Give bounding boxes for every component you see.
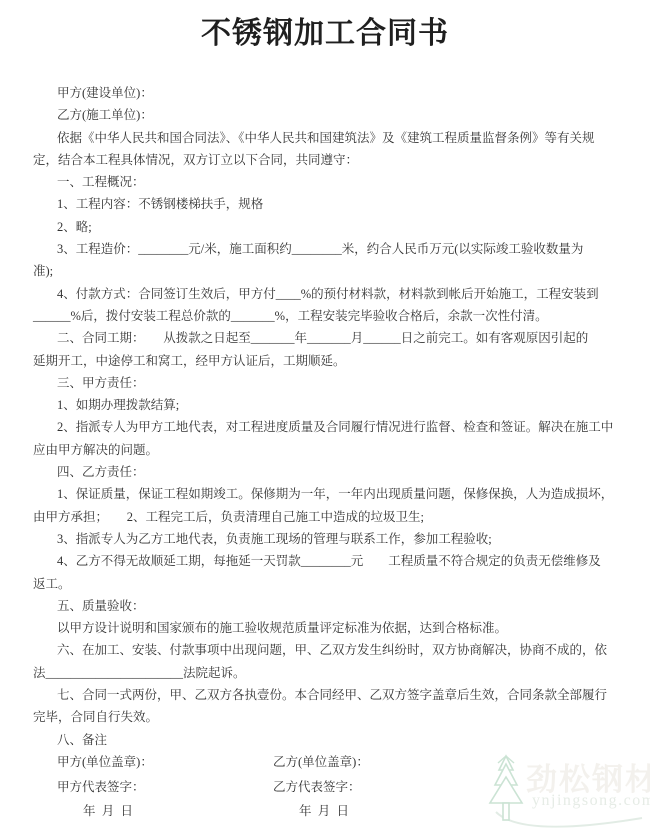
party-b-signature-row-1: 乙方(单位盖章)： <box>273 750 369 775</box>
contract-line-29: 完毕，合同自行失效。 <box>33 706 625 728</box>
contract-line-12: 二、合同工期： 从拨款之日起至_______年_______月______日之前… <box>33 327 625 349</box>
contract-line-1: 甲方(建设单位)： <box>33 82 625 104</box>
contract-line-13: 延期开工，中途停工和窝工，经甲方认证后，工期顺延。 <box>33 350 625 372</box>
contract-line-25: 以甲方设计说明和国家颁布的施工验收规范质量评定标准为依据，达到合格标准。 <box>33 617 625 639</box>
contract-page: 不锈钢加工合同书 甲方(建设单位)：乙方(施工单位)：依据《中华人民共和国合同法… <box>0 0 650 834</box>
party-a-signature-row-1: 甲方(单位盖章)： <box>57 750 153 775</box>
contract-line-22: 4、乙方不得无故顺延工期，每拖延一天罚款________元 工程质量不符合规定的… <box>33 550 625 572</box>
contract-line-16: 2、指派专人为甲方工地代表，对工程进度质量及合同履行情况进行监督、检查和签证。解… <box>33 416 625 438</box>
contract-line-5: 一、工程概况： <box>33 171 625 193</box>
contract-line-24: 五、质量验收： <box>33 595 625 617</box>
watermark: 劲松钢材 ynjingsong.com <box>482 754 650 834</box>
contract-line-10: 4、付款方式：合同签订生效后，甲方付____%的预付材料款，材料款到帐后开始施工… <box>33 283 625 305</box>
signature-block-party-a: 甲方(单位盖章)：甲方代表签字：年 月 日 <box>57 750 153 824</box>
contract-line-11: ______%后，拨付安装工程总价款的_______%，工程安装完毕验收合格后，… <box>33 305 625 327</box>
contract-line-28: 七、合同一式两份，甲、乙双方各执壹份。本合同经甲、乙双方签字盖章后生效，合同条款… <box>33 684 625 706</box>
contract-line-19: 1、保证质量，保证工程如期竣工。保修期为一年，一年内出现质量问题，保修保换，人为… <box>33 483 625 505</box>
party-a-signature-row-3: 年 月 日 <box>57 799 153 824</box>
watermark-brand-text: 劲松钢材 <box>526 754 650 799</box>
signature-block-party-b: 乙方(单位盖章)：乙方代表签字：年 月 日 <box>273 750 369 824</box>
party-b-signature-row-2: 乙方代表签字： <box>273 775 369 800</box>
contract-line-30: 八、备注 <box>33 729 625 751</box>
contract-line-21: 3、指派专人为乙方工地代表，负责施工现场的管理与联系工作，参加工程验收; <box>33 528 625 550</box>
contract-line-7: 2、略; <box>33 216 625 238</box>
pine-tree-icon <box>482 754 650 834</box>
contract-line-17: 应由甲方解决的问题。 <box>33 439 625 461</box>
contract-line-18: 四、乙方责任： <box>33 461 625 483</box>
contract-line-23: 返工。 <box>33 573 625 595</box>
contract-line-15: 1、如期办理拨款结算; <box>33 394 625 416</box>
contract-line-26: 六、在加工、安装、付款事项中出现问题，甲、乙双方发生纠纷时，双方协商解决，协商不… <box>33 639 625 661</box>
party-a-signature-row-2: 甲方代表签字： <box>57 775 153 800</box>
contract-line-14: 三、甲方责任： <box>33 372 625 394</box>
contract-line-6: 1、工程内容：不锈钢楼梯扶手，规格 <box>33 193 625 215</box>
contract-line-2: 乙方(施工单位)： <box>33 104 625 126</box>
contract-line-4: 定，结合本工程具体情况，双方订立以下合同，共同遵守： <box>33 149 625 171</box>
contract-line-27: 法______________________法院起诉。 <box>33 662 625 684</box>
contract-body: 甲方(建设单位)：乙方(施工单位)：依据《中华人民共和国合同法》、《中华人民共和… <box>33 82 625 751</box>
party-b-signature-row-3: 年 月 日 <box>273 799 369 824</box>
contract-line-3: 依据《中华人民共和国合同法》、《中华人民共和国建筑法》及《建筑工程质量监督条例》… <box>33 127 625 149</box>
watermark-domain-text: ynjingsong.com <box>532 792 650 810</box>
contract-line-20: 由甲方承担； 2、工程完工后，负责清理自己施工中造成的垃圾卫生; <box>33 506 625 528</box>
page-title: 不锈钢加工合同书 <box>0 8 650 52</box>
contract-line-8: 3、工程造价：________元/米，施工面积约________米，约合人民币万… <box>33 238 625 260</box>
contract-line-9: 准); <box>33 260 625 282</box>
